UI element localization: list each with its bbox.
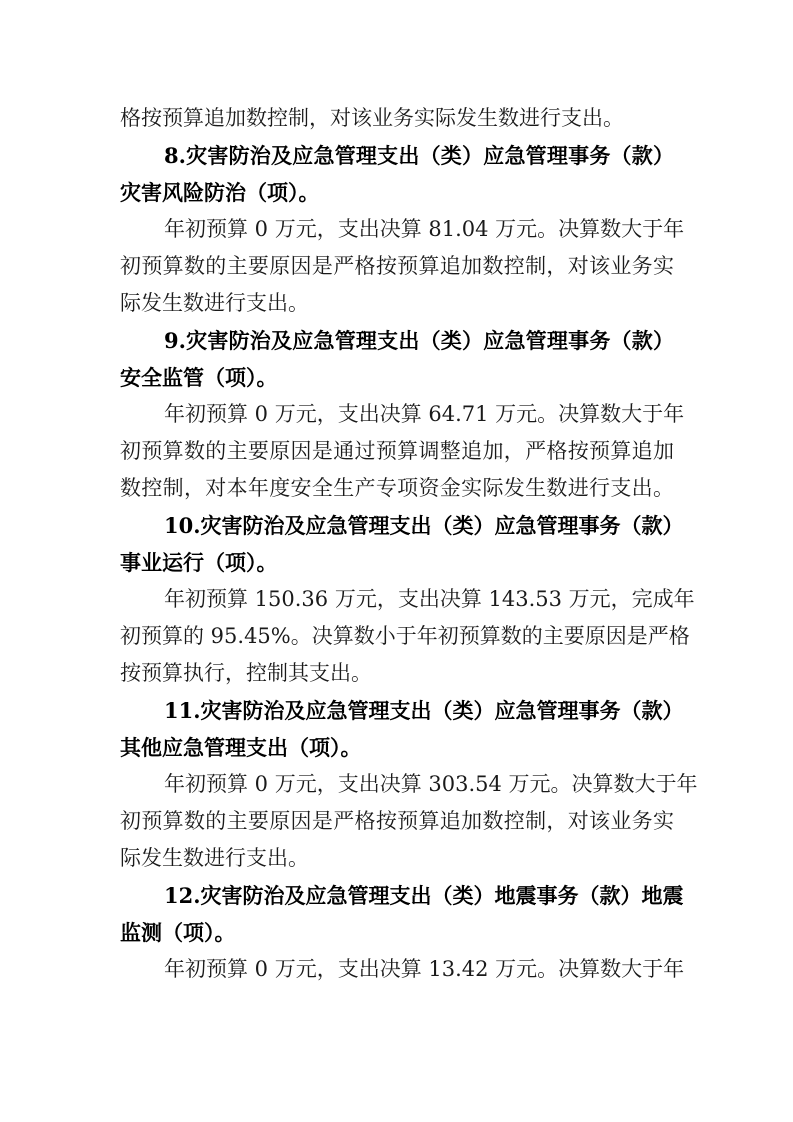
section-body-10: 年初预算 150.36 万元，支出决算 143.53 万元，完成年 初预算的 9… [120,581,674,692]
text-line: 初预算数的主要原因是通过预算调整追加，严格按预算追加 [120,433,674,470]
section-heading-11: 11.灾害防治及应急管理支出（类）应急管理事务（款） 其他应急管理支出（项）。 [120,692,674,766]
section-heading-9: 9.灾害防治及应急管理支出（类）应急管理事务（款） 安全监管（项）。 [120,322,674,396]
text-line: 初预算的 95.45%。决算数小于年初预算数的主要原因是严格 [120,618,674,655]
text-line: 年初预算 0 万元，支出决算 303.54 万元。决算数大于年 [120,766,674,803]
text-line: 按预算执行，控制其支出。 [120,655,674,692]
continuation-paragraph: 格按预算追加数控制，对该业务实际发生数进行支出。 [120,100,674,137]
section-body-9: 年初预算 0 万元，支出决算 64.71 万元。决算数大于年 初预算数的主要原因… [120,396,674,507]
text-line: 年初预算 0 万元，支出决算 81.04 万元。决算数大于年 [120,211,674,248]
text-line: 初预算数的主要原因是严格按预算追加数控制，对该业务实 [120,803,674,840]
text-line: 数控制，对本年度安全生产专项资金实际发生数进行支出。 [120,470,674,507]
heading-line: 灾害风险防治（项）。 [120,174,674,211]
section-heading-10: 10.灾害防治及应急管理支出（类）应急管理事务（款） 事业运行（项）。 [120,507,674,581]
text-line: 年初预算 0 万元，支出决算 13.42 万元。决算数大于年 [120,951,674,988]
text-line: 际发生数进行支出。 [120,840,674,877]
heading-line: 事业运行（项）。 [120,544,674,581]
text-line: 际发生数进行支出。 [120,285,674,322]
text-line: 初预算数的主要原因是严格按预算追加数控制，对该业务实 [120,248,674,285]
heading-line: 10.灾害防治及应急管理支出（类）应急管理事务（款） [120,507,674,544]
heading-line: 8.灾害防治及应急管理支出（类）应急管理事务（款） [120,137,674,174]
heading-line: 安全监管（项）。 [120,359,674,396]
text-line: 年初预算 150.36 万元，支出决算 143.53 万元，完成年 [120,581,674,618]
section-body-12: 年初预算 0 万元，支出决算 13.42 万元。决算数大于年 [120,951,674,988]
heading-line: 其他应急管理支出（项）。 [120,729,674,766]
heading-line: 9.灾害防治及应急管理支出（类）应急管理事务（款） [120,322,674,359]
heading-line: 11.灾害防治及应急管理支出（类）应急管理事务（款） [120,692,674,729]
text-line: 年初预算 0 万元，支出决算 64.71 万元。决算数大于年 [120,396,674,433]
section-body-8: 年初预算 0 万元，支出决算 81.04 万元。决算数大于年 初预算数的主要原因… [120,211,674,322]
document-page: 格按预算追加数控制，对该业务实际发生数进行支出。 8.灾害防治及应急管理支出（类… [120,100,674,988]
heading-line: 12.灾害防治及应急管理支出（类）地震事务（款）地震 [120,877,674,914]
section-heading-8: 8.灾害防治及应急管理支出（类）应急管理事务（款） 灾害风险防治（项）。 [120,137,674,211]
section-body-11: 年初预算 0 万元，支出决算 303.54 万元。决算数大于年 初预算数的主要原… [120,766,674,877]
text-line: 格按预算追加数控制，对该业务实际发生数进行支出。 [120,100,674,137]
heading-line: 监测（项）。 [120,914,674,951]
section-heading-12: 12.灾害防治及应急管理支出（类）地震事务（款）地震 监测（项）。 [120,877,674,951]
